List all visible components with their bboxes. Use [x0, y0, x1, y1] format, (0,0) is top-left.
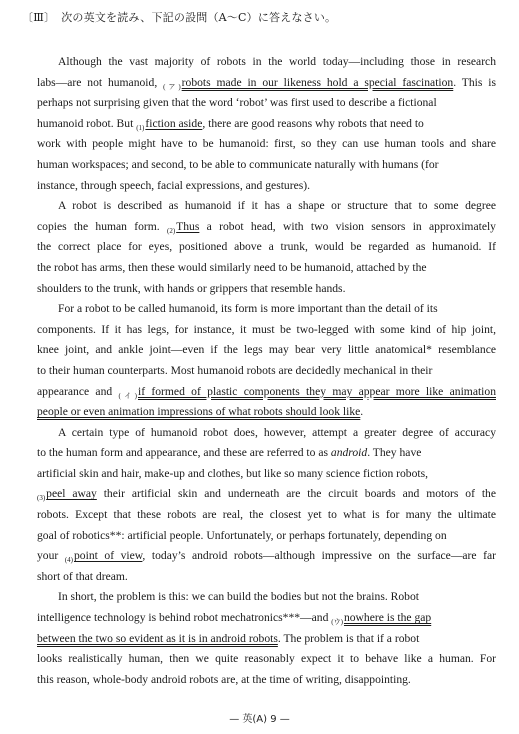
passage-line: to the human form and appearance, and th…	[37, 443, 496, 464]
passage-line: people or even animation impressions of …	[37, 402, 496, 423]
passage-text: . This is	[453, 76, 496, 89]
passage-text: components. If it has legs, for instance…	[37, 323, 496, 336]
passage-line: your (4)point of view, today’s android r…	[37, 546, 496, 567]
italic-term: android	[331, 446, 367, 459]
passage-line: components. If it has legs, for instance…	[37, 320, 496, 341]
underline-marker: (イ)	[119, 392, 138, 400]
underline-marker: (4)	[65, 556, 73, 564]
passage-line: A robot is described as humanoid if it h…	[37, 196, 496, 217]
question-instruction: 次の英文を読み、下記の設問（A～C）に答えなさい。	[61, 11, 336, 24]
passage-text: artificial skin and hair, make-up and cl…	[37, 467, 428, 480]
passage-text: this reason, whole-body android robots a…	[37, 673, 411, 686]
passage-text: human workspaces; and second, to be able…	[37, 158, 438, 171]
passage-text: shoulders to the trunk, with hands or gr…	[37, 282, 345, 295]
passage-text: labs—are not humanoid,	[37, 76, 163, 89]
passage-text: to the human form and appearance, and th…	[37, 446, 331, 459]
passage-text: your	[37, 549, 65, 562]
passage-text: work with people might have to be humano…	[37, 137, 496, 150]
passage-line: between the two so evident as it is in a…	[37, 629, 496, 650]
passage-text: , today’s android robots—although impres…	[142, 549, 496, 562]
passage-text: goal of robotics**: artificial people. U…	[37, 529, 447, 542]
underline-marker: (3)	[37, 494, 45, 502]
passage-line: (3)peel away their artificial skin and u…	[37, 484, 496, 505]
passage-text: their artificial skin and underneath are…	[97, 487, 496, 500]
question-number: 〔Ⅲ〕	[22, 11, 55, 24]
underlined-phrase: peel away	[46, 487, 97, 500]
underline-marker: (2)	[167, 227, 175, 235]
passage-line: to their human counterparts. Most humano…	[37, 361, 496, 382]
passage-text: to their human counterparts. Most humano…	[37, 364, 432, 377]
passage-text: . They have	[367, 446, 421, 459]
passage-text: looks realistically human, then we quite…	[37, 652, 496, 665]
passage-line: Although the vast majority of robots in …	[37, 52, 496, 73]
passage-text: A robot is described as humanoid if it h…	[58, 199, 496, 212]
passage-text: a robot head, with two vision sensors in…	[199, 220, 496, 233]
underline-marker: (ウ)	[331, 618, 343, 626]
underlined-phrase: point of view	[74, 549, 142, 562]
passage-line: In short, the problem is this: we can bu…	[37, 587, 496, 608]
passage-text: . The problem is that if a robot	[278, 632, 419, 645]
passage-text: appearance and	[37, 385, 119, 398]
underlined-phrase: Thus	[176, 220, 199, 233]
passage-line: shoulders to the trunk, with hands or gr…	[37, 279, 496, 300]
passage-line: work with people might have to be humano…	[37, 134, 496, 155]
passage-text: A certain type of humanoid robot does, h…	[58, 426, 496, 439]
passage-line: this reason, whole-body android robots a…	[37, 670, 496, 691]
underlined-phrase: robots made in our likeness hold a speci…	[182, 76, 454, 89]
passage-text: the robot has arms, then these would sim…	[37, 261, 427, 274]
passage-line: perhaps not surprising given that the wo…	[37, 93, 496, 114]
passage-line: robots. Except that these robots are rea…	[37, 505, 496, 526]
passage-text: In short, the problem is this: we can bu…	[58, 590, 419, 603]
passage-text: copies the human form.	[37, 220, 167, 233]
passage-line: appearance and (イ)if formed of plastic c…	[37, 382, 496, 403]
passage-line: knee joint, and ankle joint—even if the …	[37, 340, 496, 361]
passage-line: instance, through speech, facial express…	[37, 176, 496, 197]
passage-line: artificial skin and hair, make-up and cl…	[37, 464, 496, 485]
passage-line: labs—are not humanoid, (ア)robots made in…	[37, 73, 496, 94]
passage-line: intelligence technology is behind robot …	[37, 608, 496, 629]
underlined-phrase: people or even animation impressions of …	[37, 405, 360, 418]
passage-text: humanoid robot. But	[37, 117, 136, 130]
passage-text: the correct place for eyes, positioned a…	[37, 240, 496, 253]
passage-line: copies the human form. (2)Thus a robot h…	[37, 217, 496, 238]
underline-marker: (1)	[136, 124, 144, 132]
underlined-phrase: fiction aside	[145, 117, 202, 130]
reading-passage: Although the vast majority of robots in …	[37, 52, 496, 690]
underlined-phrase: between the two so evident as it is in a…	[37, 632, 278, 645]
passage-line: human workspaces; and second, to be able…	[37, 155, 496, 176]
passage-line: For a robot to be called humanoid, its f…	[37, 299, 496, 320]
passage-text: robots. Except that these robots are rea…	[37, 508, 496, 521]
passage-line: humanoid robot. But (1)fiction aside, th…	[37, 114, 496, 135]
passage-text: instance, through speech, facial express…	[37, 179, 310, 192]
passage-text: intelligence technology is behind robot …	[37, 611, 331, 624]
passage-text: short of that dream.	[37, 570, 128, 583]
page-number: — 英(A) 9 —	[0, 710, 519, 725]
passage-text: .	[360, 405, 363, 418]
passage-text: Although the vast majority of robots in …	[58, 55, 496, 68]
question-header: 〔Ⅲ〕次の英文を読み、下記の設問（A～C）に答えなさい。	[22, 9, 336, 25]
passage-text: , there are good reasons why robots that…	[202, 117, 424, 130]
passage-text: perhaps not surprising given that the wo…	[37, 96, 437, 109]
passage-line: A certain type of humanoid robot does, h…	[37, 423, 496, 444]
underlined-phrase: if formed of plastic components they may…	[138, 385, 496, 398]
passage-text: knee joint, and ankle joint—even if the …	[37, 343, 496, 356]
passage-line: short of that dream.	[37, 567, 496, 588]
passage-line: the robot has arms, then these would sim…	[37, 258, 496, 279]
passage-text: For a robot to be called humanoid, its f…	[58, 302, 438, 315]
passage-line: goal of robotics**: artificial people. U…	[37, 526, 496, 547]
passage-line: looks realistically human, then we quite…	[37, 649, 496, 670]
passage-line: the correct place for eyes, positioned a…	[37, 237, 496, 258]
underlined-phrase: nowhere is the gap	[344, 611, 431, 624]
underline-marker: (ア)	[163, 83, 181, 91]
